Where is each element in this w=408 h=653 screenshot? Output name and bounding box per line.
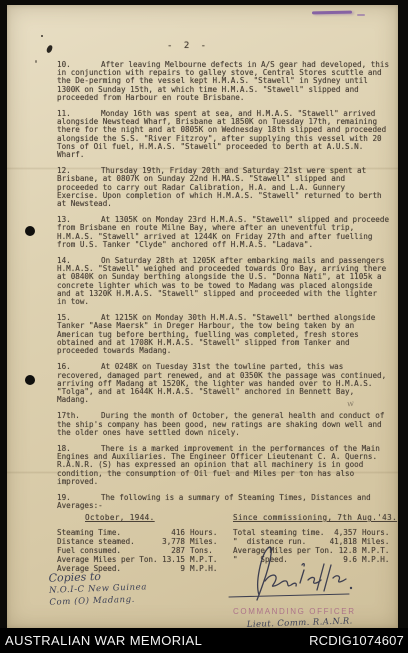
paragraph-text: At 1215K on Monday 30th H.M.A.S. "Stawel… [57, 314, 390, 355]
paragraph-number: 17th. [57, 412, 80, 420]
row-unit: M.P.T. [185, 555, 217, 564]
summary-row: Fuel consumed.287Tons. [57, 546, 217, 555]
handwritten-copies-note: Copies to N.O.I-C New Guinea Com (O) Mad… [48, 569, 147, 608]
row-value: 13.15 [157, 555, 185, 564]
paragraph-number: 14. [57, 257, 71, 265]
row-label: Fuel consumed. [57, 546, 157, 555]
record-id: RCDIG1074607 [309, 633, 408, 648]
scanned-document-page: - 2 - 10. After leaving Melbourne defect… [7, 5, 398, 628]
awm-title: AUSTRALIAN WAR MEMORIAL [0, 633, 202, 648]
row-value: 3,778 [157, 537, 185, 546]
paragraph-number: 11. [57, 110, 71, 118]
paragraph-text: Thursday 19th, Friday 20th and Saturday … [57, 167, 390, 208]
summary-header-commissioning: Since commissioning, 7th Aug.'43. [233, 513, 397, 522]
typed-paragraph: 13. At 1305K on Monday 23rd H.M.A.S. "St… [57, 216, 390, 249]
row-unit: Hours. [185, 528, 217, 537]
row-label: Distance steamed. [57, 537, 157, 546]
ink-speck [41, 35, 43, 37]
row-label: Steaming Time. [57, 528, 157, 537]
typed-body: 10. After leaving Melbourne defects in A… [57, 61, 390, 518]
paragraph-number: 15. [57, 314, 71, 322]
row-label: Average Miles per Ton. [57, 555, 157, 564]
punch-hole [25, 375, 35, 385]
typed-paragraph: 18. There is a marked improvement in the… [57, 445, 390, 486]
paragraph-text: After leaving Melbourne defects in A/S g… [57, 61, 390, 102]
paragraph-number: 10. [57, 61, 71, 69]
purple-pencil-mark [312, 11, 352, 15]
commanding-officer-signature [225, 543, 357, 605]
typed-paragraph: 10. After leaving Melbourne defects in A… [57, 61, 390, 102]
signature-block: COMMANDING OFFICER Lieut. Comm. R.A.N.R.… [225, 553, 365, 633]
summary-column-october: Steaming Time.416Hours. Distance steamed… [57, 528, 217, 573]
row-unit: Miles. [357, 537, 389, 546]
row-unit: Miles. [185, 537, 217, 546]
typed-paragraph: 16. At 0248K on Tuesday 31st the towline… [57, 363, 390, 404]
paragraph-number: 19. [57, 494, 71, 502]
com-madang-line: Com (O) Madang. [49, 593, 147, 608]
punch-hole [25, 226, 35, 236]
commanding-officer-stamp: COMMANDING OFFICER [233, 607, 356, 616]
summary-row: Average Miles per Ton.13.15M.P.T. [57, 555, 217, 564]
paragraph-text: Monday 16th was spent at sea, and H.M.A.… [57, 110, 390, 159]
typed-paragraph: 12. Thursday 19th, Friday 20th and Satur… [57, 167, 390, 208]
paragraph-number: 16. [57, 363, 71, 371]
paragraph-number: 13. [57, 216, 71, 224]
typed-paragraph: 19. The following is a summary of Steami… [57, 494, 390, 510]
summary-header-october: October, 1944. [85, 513, 155, 522]
paragraph-text: The following is a summary of Steaming T… [57, 494, 390, 510]
typed-paragraph: 11. Monday 16th was spent at sea, and H.… [57, 110, 390, 159]
row-unit: M.P.H. [185, 564, 217, 573]
typed-paragraph: 14. On Saturday 28th at 1205K after emba… [57, 257, 390, 306]
typed-paragraph: 15. At 1215K on Monday 30th H.M.A.S. "St… [57, 314, 390, 355]
summary-row: Total steaming time.4,357Hours. [233, 528, 389, 537]
row-label: Total steaming time. [233, 528, 325, 537]
row-unit: Tons. [185, 546, 213, 555]
pencil-margin-mark: w [346, 399, 354, 409]
row-value: 287 [157, 546, 185, 555]
summary-row: Steaming Time.416Hours. [57, 528, 217, 537]
row-value: 9 [157, 564, 185, 573]
row-value: 416 [157, 528, 185, 537]
paragraph-text: At 1305K on Monday 23rd H.M.A.S. "Stawel… [57, 216, 390, 249]
paragraph-number: 18. [57, 445, 71, 453]
row-unit: Hours. [357, 528, 389, 537]
paragraph-text: There is a marked improvement in the per… [57, 445, 390, 486]
ink-blot [46, 44, 53, 53]
ink-speck [35, 60, 37, 63]
awm-footer-bar: AUSTRALIAN WAR MEMORIAL RCDIG1074607 [0, 628, 408, 653]
row-value: 4,357 [325, 528, 357, 537]
paragraph-text: On Saturday 28th at 1205K after embarkin… [57, 257, 390, 306]
typed-paragraph: 17th. During the month of October, the g… [57, 412, 390, 437]
paragraph-number: 12. [57, 167, 71, 175]
purple-pencil-mark [357, 14, 365, 16]
summary-row: Distance steamed.3,778Miles. [57, 537, 217, 546]
paragraph-text: During the month of October, the general… [57, 412, 390, 437]
paragraph-text: At 0248K on Tuesday 31st the towline par… [57, 363, 390, 404]
page-number: - 2 - [167, 41, 209, 51]
